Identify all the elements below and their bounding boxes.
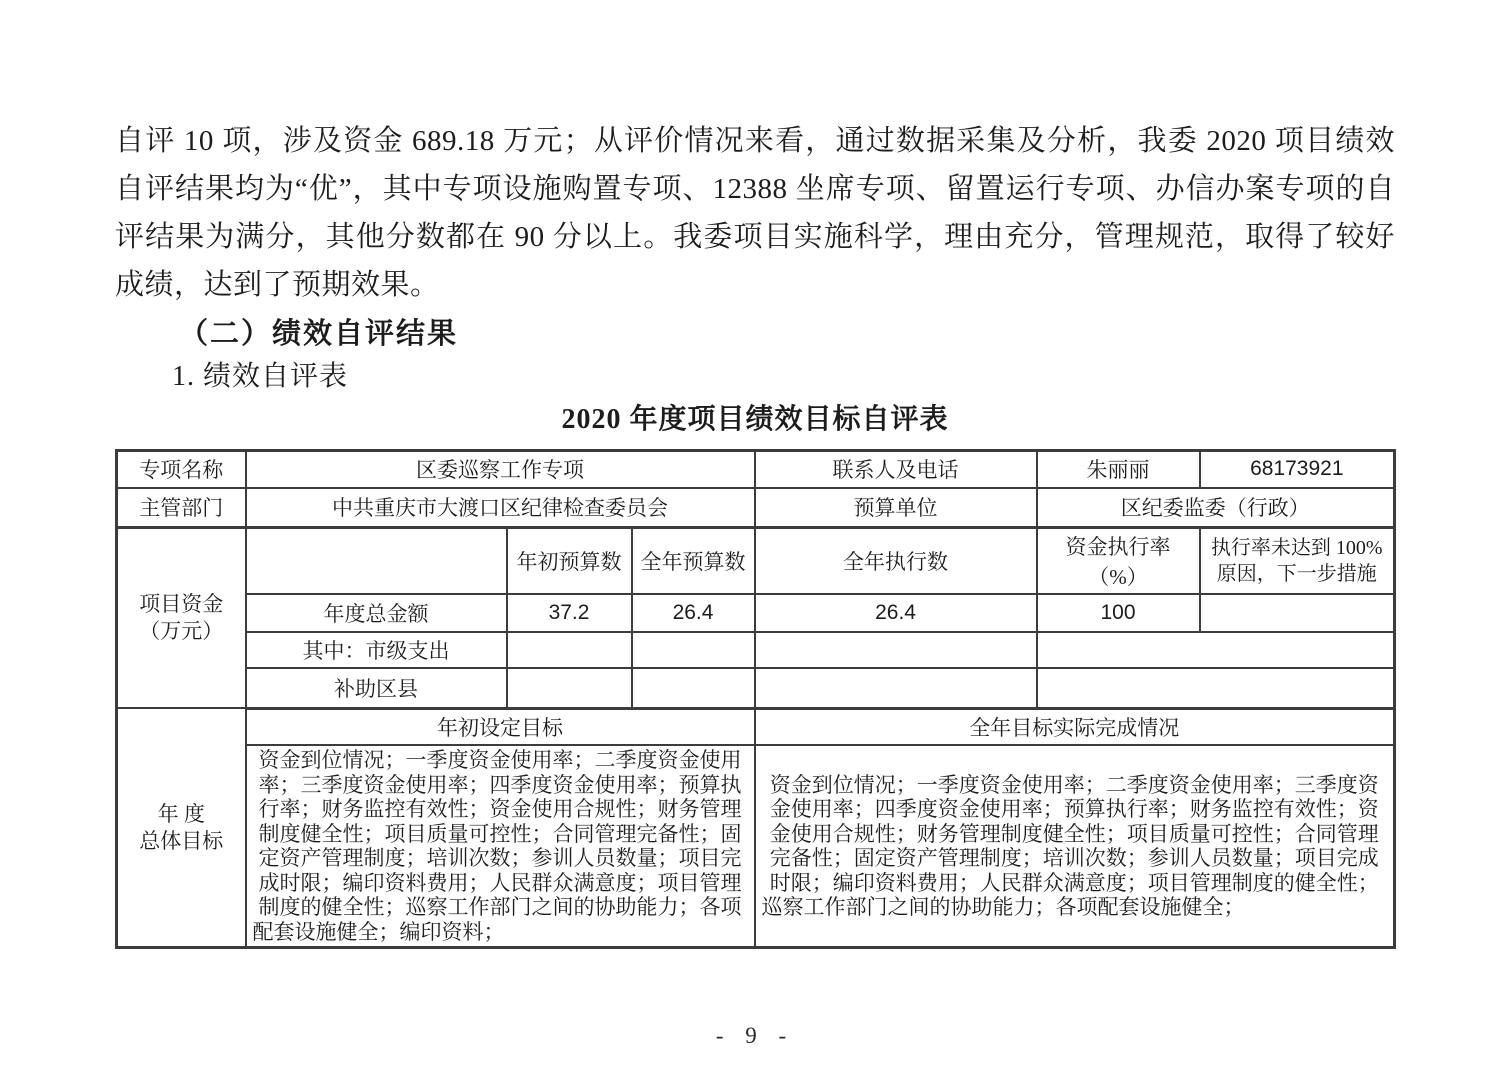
funds-section-label-cell: 项目资金 （万元）: [117, 528, 246, 709]
goals-initial-text-cell: 资金到位情况；一季度资金使用率；二季度资金使用率；三季度资金使用率；四季度资金使…: [246, 745, 755, 948]
col-header-annual-executed: 全年执行数: [755, 528, 1037, 595]
total-initial-cell: 37.2: [507, 594, 632, 632]
budget-unit-cell: 区纪委监委（行政）: [1037, 488, 1395, 528]
col-header-initial-budget: 年初预算数: [507, 528, 632, 595]
department-cell: 中共重庆市大渡口区纪律检查委员会: [246, 488, 755, 528]
subsidy-row-label-cell: 补助区县: [246, 668, 507, 708]
empty-cell: [1037, 668, 1395, 708]
empty-cell: [507, 668, 632, 708]
col-header-annual-budget: 全年预算数: [632, 528, 755, 595]
total-reason-cell: [1200, 594, 1395, 632]
empty-cell: [246, 528, 507, 595]
department-label-cell: 主管部门: [117, 488, 246, 528]
total-rate-cell: 100: [1037, 594, 1200, 632]
col-header-reason: 执行率未达到 100% 原因，下一步措施: [1200, 528, 1395, 595]
contact-phone-cell: 68173921: [1200, 451, 1395, 488]
total-row-label-cell: 年度总金额: [246, 594, 507, 632]
table-row: 补助区县: [117, 668, 1395, 708]
page-number: - 9 -: [115, 1023, 1395, 1049]
empty-cell: [507, 632, 632, 668]
total-executed-cell: 26.4: [755, 594, 1037, 632]
performance-self-evaluation-table: 专项名称 区委巡察工作专项 联系人及电话 朱丽丽 68173921 主管部门 中…: [115, 449, 1396, 949]
contact-name-cell: 朱丽丽: [1037, 451, 1200, 488]
project-name-cell: 区委巡察工作专项: [246, 451, 755, 488]
contact-label-cell: 联系人及电话: [755, 451, 1037, 488]
empty-cell: [632, 632, 755, 668]
reason-header-line1: 执行率未达到 100%: [1207, 535, 1388, 561]
goals-label-line1: 年 度: [124, 801, 239, 828]
goals-actual-header-cell: 全年目标实际完成情况: [755, 708, 1395, 745]
subsection-heading: 1. 绩效自评表: [115, 355, 1395, 399]
table-title: 2020 年度项目绩效目标自评表: [115, 399, 1395, 441]
body-paragraph: 自评 10 项，涉及资金 689.18 万元；从评价情况来看，通过数据采集及分析…: [115, 117, 1395, 309]
document-page: 自评 10 项，涉及资金 689.18 万元；从评价情况来看，通过数据采集及分析…: [0, 0, 1510, 1075]
reason-header-line2: 原因，下一步措施: [1207, 561, 1388, 587]
section-heading: （二）绩效自评结果: [115, 313, 1395, 355]
goals-initial-header-cell: 年初设定目标: [246, 708, 755, 745]
goals-actual-text-cell: 资金到位情况；一季度资金使用率；二季度资金使用率；三季度资金使用率；四季度资金使…: [755, 745, 1395, 948]
table-row: 主管部门 中共重庆市大渡口区纪律检查委员会 预算单位 区纪委监委（行政）: [117, 488, 1395, 528]
page-content: 自评 10 项，涉及资金 689.18 万元；从评价情况来看，通过数据采集及分析…: [115, 0, 1395, 1049]
empty-cell: [755, 632, 1037, 668]
empty-cell: [1037, 632, 1395, 668]
table-row: 专项名称 区委巡察工作专项 联系人及电话 朱丽丽 68173921: [117, 451, 1395, 488]
table-row: 资金到位情况；一季度资金使用率；二季度资金使用率；三季度资金使用率；四季度资金使…: [117, 745, 1395, 948]
table-row: 其中：市级支出: [117, 632, 1395, 668]
col-header-execution-rate: 资金执行率（%）: [1037, 528, 1200, 595]
empty-cell: [632, 668, 755, 708]
goals-section-label-cell: 年 度 总体目标: [117, 708, 246, 948]
table-row: 年 度 总体目标 年初设定目标 全年目标实际完成情况: [117, 708, 1395, 745]
funds-label-line1: 项目资金: [124, 591, 239, 618]
funds-label-line2: （万元）: [124, 618, 239, 645]
goals-label-line2: 总体目标: [124, 828, 239, 855]
table-row: 年度总金额 37.2 26.4 26.4 100: [117, 594, 1395, 632]
empty-cell: [755, 668, 1037, 708]
budget-unit-label-cell: 预算单位: [755, 488, 1037, 528]
total-annual-cell: 26.4: [632, 594, 755, 632]
city-row-label-cell: 其中：市级支出: [246, 632, 507, 668]
project-name-label-cell: 专项名称: [117, 451, 246, 488]
table-row: 项目资金 （万元） 年初预算数 全年预算数 全年执行数 资金执行率（%） 执行率…: [117, 528, 1395, 595]
